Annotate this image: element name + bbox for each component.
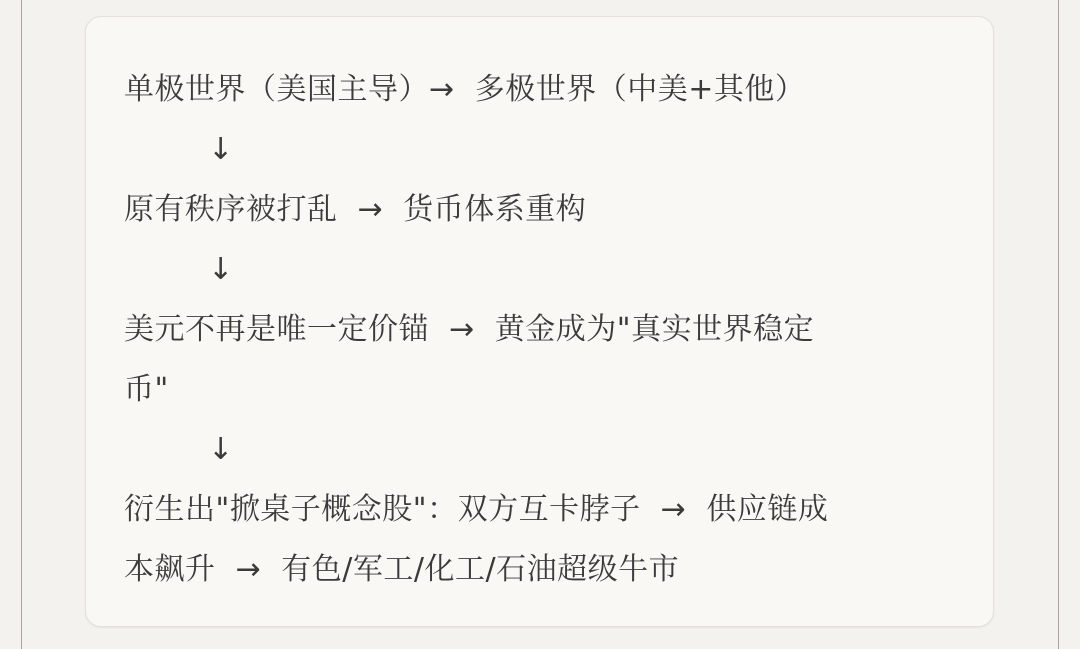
down-arrow-icon: ↓ <box>124 120 944 180</box>
flow-step-order-disrupted: 原有秩序被打乱 → 货币体系重构 <box>124 180 944 240</box>
flow-step-concept-stocks: 衍生出"掀桌子概念股"：双方互卡脖子 → 供应链成 <box>124 480 944 540</box>
flow-step-dollar-gold: 美元不再是唯一定价锚 → 黄金成为"真实世界稳定 <box>124 300 944 360</box>
down-arrow-icon: ↓ <box>124 240 944 300</box>
page: 单极世界（美国主导）→ 多极世界（中美+其他） ↓ 原有秩序被打乱 → 货币体系… <box>0 0 1080 649</box>
flow-step-concept-stocks-continued: 本飙升 → 有色/军工/化工/石油超级牛市 <box>124 540 944 600</box>
down-arrow-icon: ↓ <box>124 420 944 480</box>
flowchart-text: 单极世界（美国主导）→ 多极世界（中美+其他） ↓ 原有秩序被打乱 → 货币体系… <box>124 60 944 600</box>
right-divider <box>1058 0 1059 649</box>
flow-step-unipolar-to-multipolar: 单极世界（美国主导）→ 多极世界（中美+其他） <box>124 60 944 120</box>
left-divider <box>21 0 22 649</box>
flow-step-dollar-gold-continued: 币" <box>124 360 944 420</box>
code-block-card: 单极世界（美国主导）→ 多极世界（中美+其他） ↓ 原有秩序被打乱 → 货币体系… <box>85 16 994 627</box>
